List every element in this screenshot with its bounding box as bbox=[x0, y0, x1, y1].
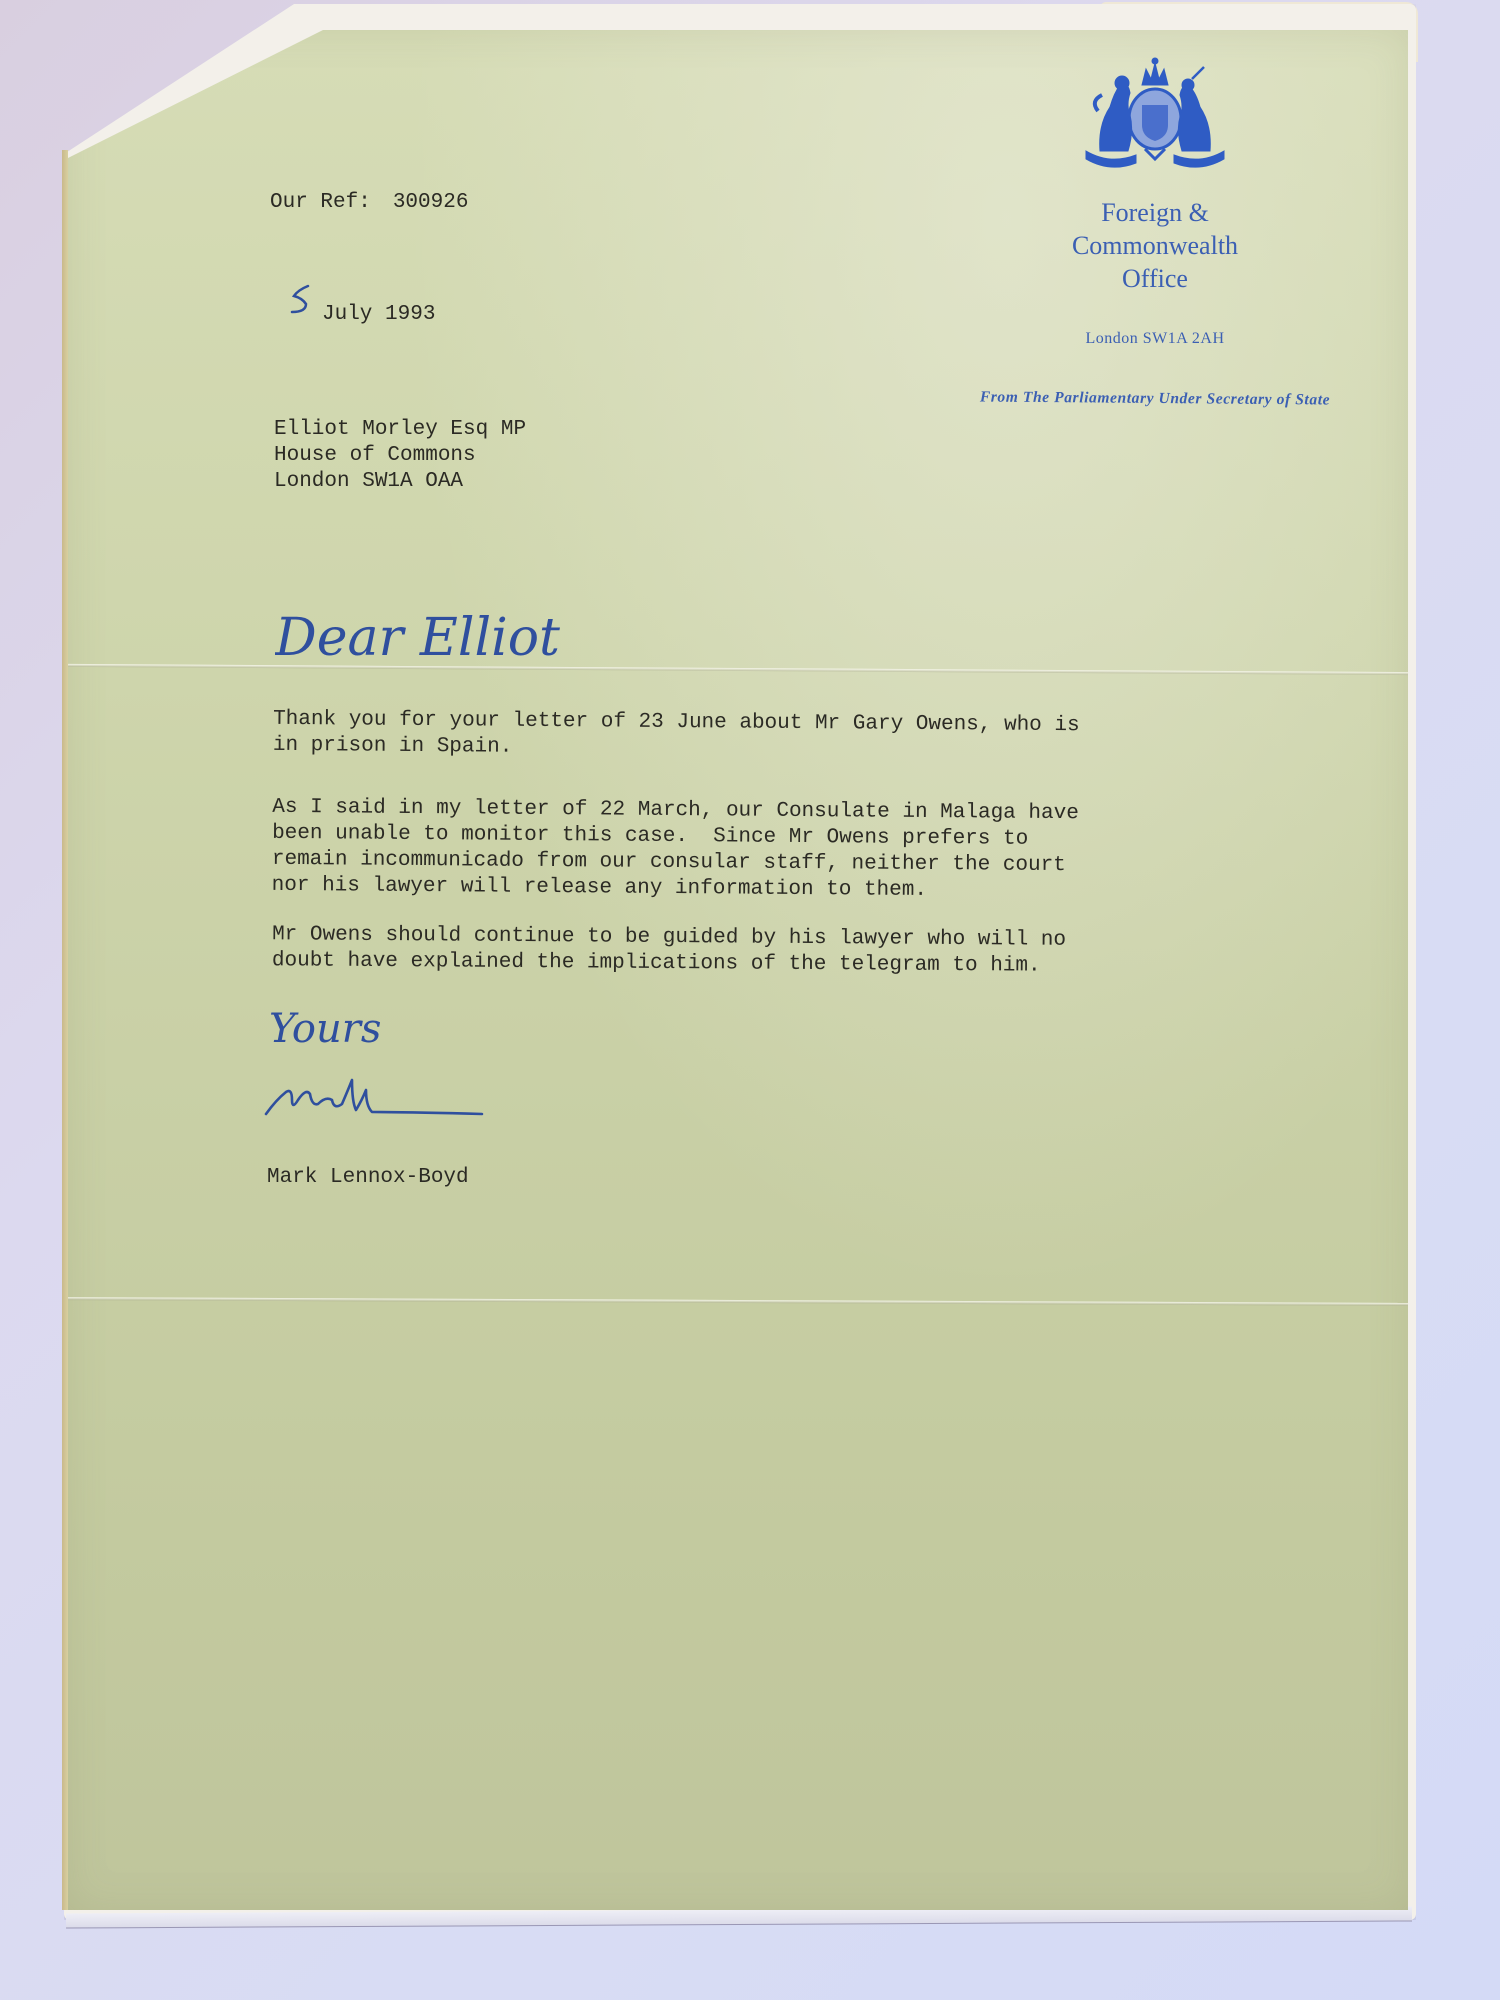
org-line-1: Foreign & bbox=[1010, 196, 1300, 229]
reference-label: Our Ref: bbox=[270, 191, 371, 214]
recipient-line-3: London SW1A OAA bbox=[274, 469, 526, 495]
paper-left-edge bbox=[62, 150, 68, 1910]
svg-text:Dear Elliot: Dear Elliot bbox=[275, 608, 560, 668]
letterhead-address: London SW1A 2AH bbox=[1010, 330, 1300, 348]
signer-name: Mark Lennox-Boyd bbox=[267, 1165, 469, 1191]
royal-coat-of-arms-icon bbox=[1080, 55, 1230, 173]
handwritten-closing: Yours bbox=[265, 1000, 415, 1060]
reference-value: 300926 bbox=[393, 191, 469, 214]
svg-text:Yours: Yours bbox=[269, 1006, 381, 1052]
reference-line: Our Ref:300926 bbox=[270, 190, 468, 216]
recipient-line-2: House of Commons bbox=[274, 443, 526, 469]
recipient-line-1: Elliot Morley Esq MP bbox=[274, 417, 526, 443]
org-line-2: Commonwealth bbox=[1010, 229, 1300, 262]
body-paragraph-2: As I said in my letter of 22 March, our … bbox=[272, 795, 1079, 905]
body-paragraph-3: Mr Owens should continue to be guided by… bbox=[272, 922, 1066, 980]
organisation-name: Foreign & Commonwealth Office bbox=[1010, 196, 1300, 295]
signature bbox=[262, 1070, 492, 1130]
recipient-address: Elliot Morley Esq MPHouse of CommonsLond… bbox=[274, 417, 526, 495]
handwritten-day bbox=[286, 282, 316, 318]
handwritten-salutation: Dear Elliot bbox=[275, 605, 635, 675]
letter-date: July 1993 bbox=[322, 302, 435, 328]
org-line-3: Office bbox=[1010, 262, 1300, 295]
body-paragraph-1: Thank you for your letter of 23 June abo… bbox=[273, 707, 1080, 765]
